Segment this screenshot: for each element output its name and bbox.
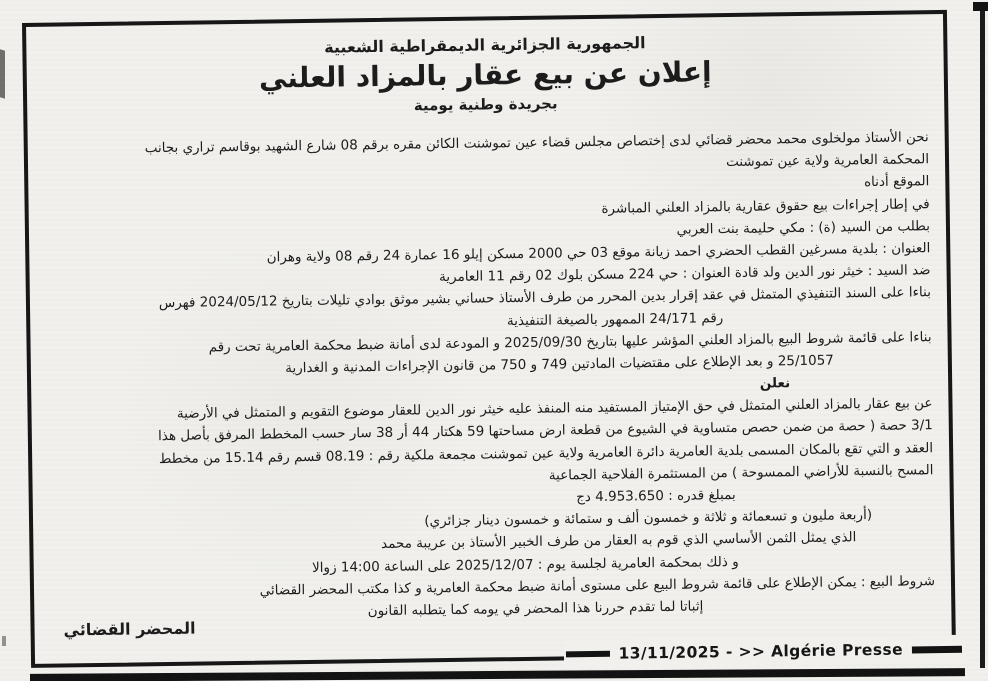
scan-artifact-bottom-bar bbox=[30, 668, 965, 681]
scan-artifact-left-dot bbox=[2, 636, 6, 646]
notice-frame: الجمهورية الجزائرية الديمقراطية الشعبية … bbox=[22, 10, 956, 668]
notice-header: الجمهورية الجزائرية الديمقراطية الشعبية … bbox=[26, 27, 944, 122]
scan-artifact-right-nub bbox=[973, 2, 988, 11]
scanned-page: الجمهورية الجزائرية الديمقراطية الشعبية … bbox=[0, 0, 988, 681]
press-footer: 13/11/2025 - >> Algérie Presse bbox=[563, 635, 966, 669]
footer-rule-right bbox=[912, 645, 962, 653]
scan-artifact-right-line bbox=[980, 6, 985, 668]
notice-body: نحن الأستاذ مولخلوى محمد محضر قضائي لدى … bbox=[40, 126, 936, 627]
footer-rule-left bbox=[565, 651, 609, 658]
press-date-source: 13/11/2025 - >> Algérie Presse bbox=[618, 641, 903, 663]
scan-artifact-left-smudge bbox=[0, 49, 5, 99]
bailiff-signature: المحضر القضائي bbox=[63, 619, 195, 640]
